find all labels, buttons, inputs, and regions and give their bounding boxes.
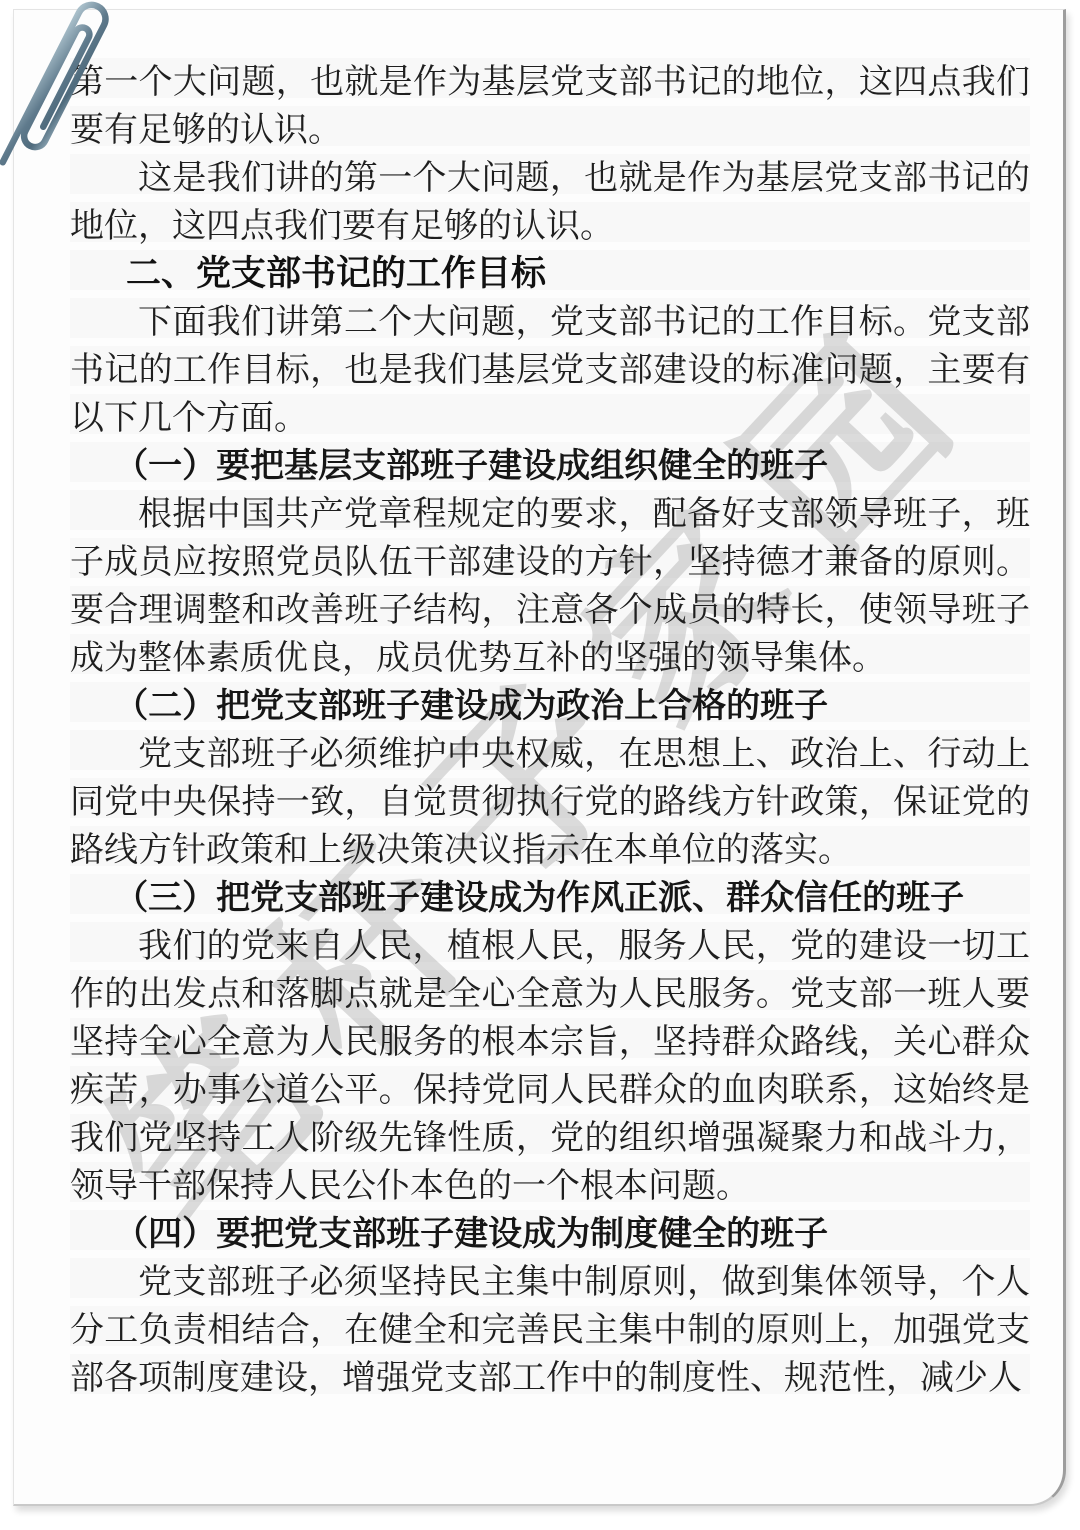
paragraph: 第一个大问题，也就是作为基层党支部书记的地位，这四点我们要有足够的认识。 — [70, 58, 1030, 154]
screenshot-root: { "page": { "watermark": "笔杆子家园", "backg… — [0, 0, 1080, 1530]
sub-heading: （四）要把党支部班子建设成为制度健全的班子 — [70, 1210, 1030, 1258]
paragraph: 党支部班子必须维护中央权威，在思想上、政治上、行动上同党中央保持一致，自觉贯彻执… — [70, 730, 1030, 874]
paragraph: 根据中国共产党章程规定的要求，配备好支部领导班子，班子成员应按照党员队伍干部建设… — [70, 490, 1030, 682]
document-body: 第一个大问题，也就是作为基层党支部书记的地位，这四点我们要有足够的认识。这是我们… — [70, 58, 1030, 1402]
sub-heading: （三）把党支部班子建设成为作风正派、群众信任的班子 — [70, 874, 1030, 922]
paragraph: 这是我们讲的第一个大问题，也就是作为基层党支部书记的地位，这四点我们要有足够的认… — [70, 154, 1030, 250]
section-heading: 二、党支部书记的工作目标 — [70, 250, 1030, 298]
paragraph: 下面我们讲第二个大问题，党支部书记的工作目标。党支部书记的工作目标，也是我们基层… — [70, 298, 1030, 442]
paragraph: 我们的党来自人民，植根人民，服务人民，党的建设一切工作的出发点和落脚点就是全心全… — [70, 922, 1030, 1210]
sub-heading: （二）把党支部班子建设成为政治上合格的班子 — [70, 682, 1030, 730]
sub-heading: （一）要把基层支部班子建设成组织健全的班子 — [70, 442, 1030, 490]
paragraph: 党支部班子必须坚持民主集中制原则，做到集体领导，个人分工负责相结合，在健全和完善… — [70, 1258, 1030, 1402]
